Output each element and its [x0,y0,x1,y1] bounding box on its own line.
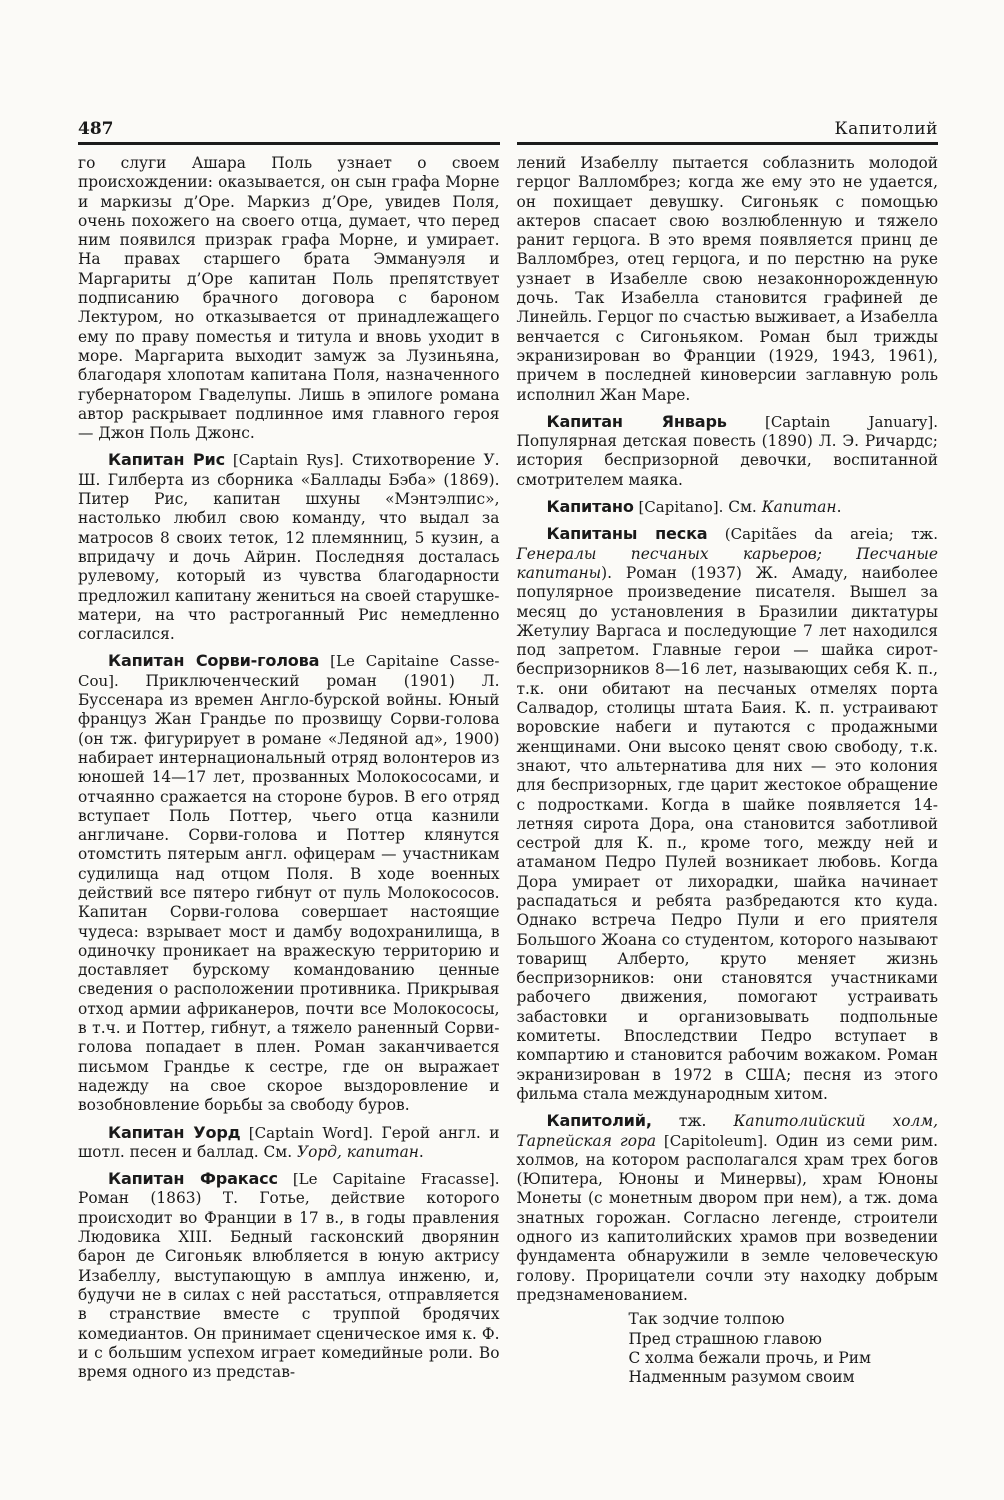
entry-paragraph: Капитан Январь [Captain January]. Популя… [517,412,939,490]
entry-text: тж. [652,1112,734,1130]
continuation-paragraph: го слуги Ашара Поль узнает о своем проис… [78,154,500,443]
entry-text: лений Изабеллу пытается соблазнить молод… [517,154,939,404]
header-right-cell: Капитолий [517,120,939,145]
entry-text: ). Роман (1937) Ж. Амаду, наиболее попул… [517,564,939,1103]
entry-text: Стихотворение У. Ш. Гилберта из сборника… [78,451,500,643]
entry-paragraph: Капитан Уорд [Captain Word]. Герой англ.… [78,1123,500,1163]
entry-headword: Капитолий, [547,1111,652,1130]
entry-headword: Капитан Фракасс [108,1169,278,1188]
column-right: лений Изабеллу пытается соблазнить молод… [517,154,939,1387]
entry-text: Популярная детская повесть (1890) Л. Э. … [517,432,939,489]
verse-block: Так зодчие толпоюПред страшною главоюС х… [629,1310,939,1387]
entry-text: См. [728,498,762,516]
entry-latin-title: [Captain January]. [727,413,938,431]
entry-latin-title: [Capitano]. [634,498,729,516]
text-columns: го слуги Ашара Поль узнает о своем проис… [78,154,938,1387]
entry-latin-title: [Captain Rys]. [225,451,352,469]
entry-headword: Капитан Январь [547,412,727,431]
entry-paragraph: Капитан Сорви-голова [Le Capitaine Casse… [78,651,500,1115]
entry-paragraph: Капитаны песка (Capitães da areia; тж. Г… [517,524,939,1104]
cross-reference: Капитан [762,498,837,516]
running-head: Капитолий [834,119,938,139]
entry-headword: Капитаны песка [547,524,708,543]
entry-text: го слуги Ашара Поль узнает о своем проис… [78,154,500,442]
entry-text: . [419,1143,424,1161]
column-left: го слуги Ашара Поль узнает о своем проис… [78,154,500,1387]
entry-text: . [837,498,842,516]
entry-paragraph: Капитан Рис [Captain Rys]. Стихотворение… [78,450,500,644]
entry-headword: Капитано [547,497,634,516]
entry-latin-title: [Le Capitaine Fracasse]. [278,1170,500,1188]
entry-latin-title: [Capitoleum]. [656,1132,776,1150]
entry-paragraph: Капитан Фракасс [Le Capitaine Fracasse].… [78,1169,500,1382]
entry-paragraph: Капитано [Capitano]. См. Капитан. [517,497,939,517]
scanned-book-page: 487 Капитолий го слуги Ашара Поль узнает… [0,0,1004,1500]
continuation-paragraph: лений Изабеллу пытается соблазнить молод… [517,154,939,405]
verse-line: Так зодчие толпою [629,1310,939,1329]
entry-latin-title: (Capitães da areia; тж. [707,525,938,543]
page-number: 487 [78,119,114,139]
entry-headword: Капитан Рис [108,450,225,469]
entry-text: Один из семи рим. холмов, на котором рас… [517,1132,939,1304]
entry-paragraph: Капитолий, тж. Капитолийский холм, Тарпе… [517,1111,939,1305]
entry-text: Приключенческий роман (1901) Л. Буссенар… [78,672,500,1115]
cross-reference: Уорд, капитан [297,1143,419,1161]
entry-headword: Капитан Уорд [108,1123,240,1142]
entry-latin-title: [Captain Word]. [240,1124,381,1142]
header-left-cell: 487 [78,120,500,145]
entry-text: Роман (1863) Т. Готье, действие которого… [78,1189,500,1381]
entry-headword: Капитан Сорви-голова [108,651,319,670]
verse-line: Пред страшною главою [629,1330,939,1349]
page-header: 487 Капитолий [78,120,938,145]
verse-line: Надменным разумом своим [629,1368,939,1387]
verse-line: С холма бежали прочь, и Рим [629,1349,939,1368]
